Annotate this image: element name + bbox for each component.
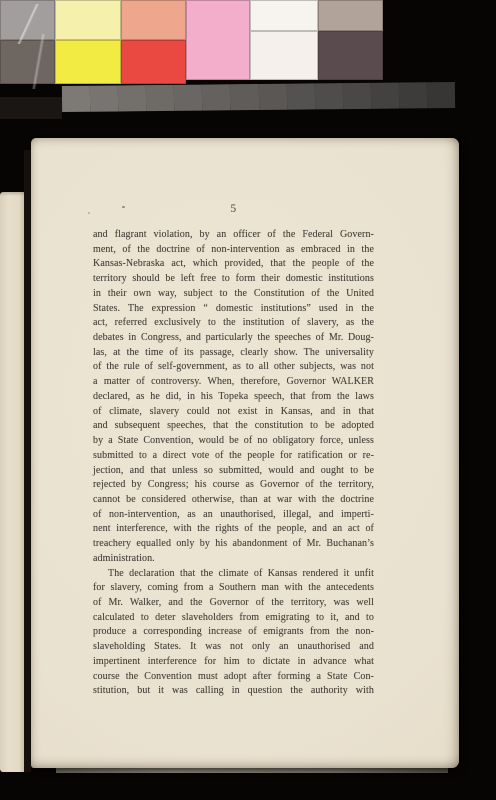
- color-swatch-column: [0, 0, 55, 84]
- text-line: The declaration that the climate of Kans…: [93, 567, 374, 582]
- grayscale-step: [118, 85, 146, 111]
- grayscale-step: [286, 83, 314, 109]
- text-line: rejected by Congress; his course as Gove…: [93, 478, 374, 493]
- color-swatch-column: [250, 0, 318, 84]
- grayscale-step: [258, 84, 286, 110]
- scanned-book-photograph: 5 and flagrant violation, by an officer …: [0, 0, 496, 800]
- grayscale-step-wedge: [62, 82, 455, 112]
- text-line: of climate, slavery could not exist in K…: [93, 405, 374, 420]
- color-swatch: [250, 0, 318, 31]
- paper-speck: [88, 212, 90, 214]
- text-line: nent interference, with the rights of th…: [93, 522, 374, 537]
- color-swatch-column: [121, 0, 186, 84]
- body-text: and flagrant violation, by an officer of…: [93, 228, 374, 699]
- text-line: impertinent interference for him to dict…: [93, 655, 374, 670]
- book-page: 5 and flagrant violation, by an officer …: [31, 138, 459, 768]
- grayscale-step: [146, 85, 174, 111]
- color-swatch: [250, 31, 318, 80]
- grayscale-step: [315, 83, 343, 109]
- text-line: by a State Convention, would be of no ob…: [93, 434, 374, 449]
- color-swatch-column: [318, 0, 383, 84]
- color-swatch: [121, 0, 186, 40]
- grayscale-step: [202, 84, 230, 110]
- text-line: declared, as he did, in his Topeka speec…: [93, 390, 374, 405]
- color-swatch: [0, 0, 55, 40]
- grayscale-step: [427, 82, 455, 108]
- text-line: of non-intervention, as an unauthorised,…: [93, 508, 374, 523]
- color-swatch: [121, 40, 186, 84]
- text-line: jection, and that unless so submitted, w…: [93, 464, 374, 479]
- text-line: ment, of the doctrine of non-interventio…: [93, 243, 374, 258]
- page-edge-shadow: [0, 150, 24, 196]
- grayscale-step: [230, 84, 258, 110]
- color-swatch: [186, 0, 250, 80]
- text-line: Kansas-Nebraska act, which provided, tha…: [93, 257, 374, 272]
- grayscale-step: [371, 83, 399, 109]
- text-line: submitted to a direct vote of the people…: [93, 449, 374, 464]
- grayscale-step: [399, 82, 427, 108]
- paper-speck: [122, 206, 125, 208]
- text-line: of the rule of self-government, as to al…: [93, 360, 374, 375]
- grayscale-step: [62, 86, 90, 112]
- text-line: States. The expression “ domestic instit…: [93, 302, 374, 317]
- text-line: cannot be considered otherwise, than at …: [93, 493, 374, 508]
- grayscale-step: [174, 85, 202, 111]
- text-line: and subsequent speeches, that the consti…: [93, 419, 374, 434]
- text-line: in their own way, subject to the Constit…: [93, 287, 374, 302]
- text-line: territory should be left free to form th…: [93, 272, 374, 287]
- text-line: slaveholding States. It was not only an …: [93, 640, 374, 655]
- color-swatch: [55, 0, 121, 40]
- grayscale-step: [90, 85, 118, 111]
- text-line: a matter of controversy. When, therefore…: [93, 375, 374, 390]
- text-line: of Mr. Walker, and the Governor of the t…: [93, 596, 374, 611]
- text-line: act, referred exclusively to the institu…: [93, 316, 374, 331]
- text-line: produce a corresponding increase of emig…: [93, 625, 374, 640]
- color-swatch: [318, 0, 383, 31]
- grayscale-step: [343, 83, 371, 109]
- text-line: calculated to deter slaveholders from em…: [93, 611, 374, 626]
- text-line: and flagrant violation, by an officer of…: [93, 228, 374, 243]
- page-bottom-edge: [56, 768, 448, 773]
- color-swatch: [318, 31, 383, 80]
- text-line: debates in Congress, and particularly th…: [93, 331, 374, 346]
- color-swatch-column: [186, 0, 250, 84]
- color-swatch-column: [55, 0, 121, 84]
- color-swatch: [55, 40, 121, 84]
- text-line: course the Convention must adopt after f…: [93, 670, 374, 685]
- text-line: las, at the time of its passage, clearly…: [93, 346, 374, 361]
- text-line: administration.: [93, 552, 374, 567]
- text-line: treachery equalled only by his abandonme…: [93, 537, 374, 552]
- page-number: 5: [93, 203, 374, 215]
- color-swatch: [0, 40, 55, 84]
- text-line: for slavery, coming from a Southern man …: [93, 581, 374, 596]
- text-line: stitution, but it was calling in questio…: [93, 684, 374, 699]
- black-reference-patch: [0, 97, 62, 119]
- color-calibration-target: [0, 0, 455, 118]
- page-gutter-shadow: [24, 150, 31, 772]
- color-swatch-grid: [0, 0, 455, 84]
- underlying-page-edges: [0, 192, 24, 772]
